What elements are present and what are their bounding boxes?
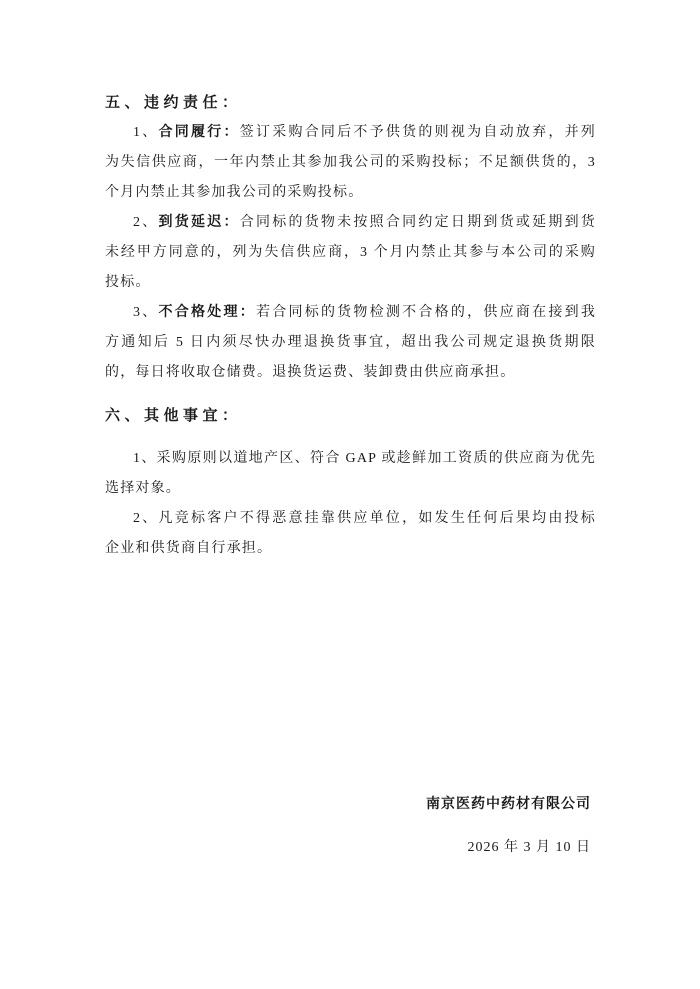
clause-delivery-delay: 2、到货延迟：合同标的货物未按照合同约定日期到货或延期到货 未经甲方同意的，列为… bbox=[105, 208, 596, 298]
clause-line: 为失信供应商，一年内禁止其参加我公司的采购投标；不足额供货的，3 bbox=[105, 148, 596, 178]
clause-number: 2、 bbox=[133, 511, 159, 526]
clause-line: 2、到货延迟：合同标的货物未按照合同约定日期到货或延期到货 bbox=[105, 208, 596, 238]
section-heading-breach-liability: 五、违约责任： bbox=[105, 88, 596, 118]
clause-line: 企业和供货商自行承担。 bbox=[105, 534, 596, 564]
clause-text: 若合同标的货物检测不合格的，供应商在接到我 bbox=[256, 305, 596, 320]
clause-title: 合同履行： bbox=[159, 125, 240, 140]
signature-date: 2026 年 3 月 10 日 bbox=[105, 833, 591, 863]
clause-line: 选择对象。 bbox=[105, 474, 596, 504]
clause-line: 投标。 bbox=[105, 268, 596, 298]
clause-procurement-principle: 1、采购原则以道地产区、符合 GAP 或趁鲜加工资质的供应商为优先 选择对象。 bbox=[105, 444, 596, 504]
clause-number: 1、 bbox=[133, 451, 157, 466]
clause-line: 未经甲方同意的，列为失信供应商，3 个月内禁止其参与本公司的采购 bbox=[105, 238, 596, 268]
clause-line: 1、采购原则以道地产区、符合 GAP 或趁鲜加工资质的供应商为优先 bbox=[105, 444, 596, 474]
clause-number: 2、 bbox=[133, 215, 159, 230]
clause-number: 3、 bbox=[133, 305, 159, 320]
clause-text: 凡竞标客户不得恶意挂靠供应单位，如发生任何后果均由投标 bbox=[159, 511, 597, 526]
clause-line: 的，每日将收取仓储费。退换货运费、装卸费由供应商承担。 bbox=[105, 358, 596, 388]
clause-text: 签订采购合同后不予供货的则视为自动放弃，并列 bbox=[240, 125, 596, 140]
clause-title: 不合格处理： bbox=[159, 305, 256, 320]
company-name: 南京医药中药材有限公司 bbox=[105, 790, 591, 820]
clause-text: 合同标的货物未按照合同约定日期到货或延期到货 bbox=[240, 215, 596, 230]
clause-nonconforming-goods: 3、不合格处理：若合同标的货物检测不合格的，供应商在接到我 方通知后 5 日内须… bbox=[105, 298, 596, 388]
clause-text: 采购原则以道地产区、符合 GAP 或趁鲜加工资质的供应商为优先 bbox=[157, 451, 596, 466]
clause-number: 1、 bbox=[133, 125, 159, 140]
clause-line: 方通知后 5 日内须尽快办理退换货事宜，超出我公司规定退换货期限 bbox=[105, 328, 596, 358]
clause-bidder-affiliation: 2、凡竞标客户不得恶意挂靠供应单位，如发生任何后果均由投标 企业和供货商自行承担… bbox=[105, 504, 596, 564]
clause-line: 3、不合格处理：若合同标的货物检测不合格的，供应商在接到我 bbox=[105, 298, 596, 328]
clause-contract-performance: 1、合同履行：签订采购合同后不予供货的则视为自动放弃，并列 为失信供应商，一年内… bbox=[105, 118, 596, 208]
clause-line: 2、凡竞标客户不得恶意挂靠供应单位，如发生任何后果均由投标 bbox=[105, 504, 596, 534]
clause-line: 1、合同履行：签订采购合同后不予供货的则视为自动放弃，并列 bbox=[105, 118, 596, 148]
document-page: 五、违约责任： 1、合同履行：签订采购合同后不予供货的则视为自动放弃，并列 为失… bbox=[0, 0, 700, 989]
signature-block: 南京医药中药材有限公司 2026 年 3 月 10 日 bbox=[105, 790, 596, 863]
clause-title: 到货延迟： bbox=[159, 215, 240, 230]
clause-line: 个月内禁止其参加我公司的采购投标。 bbox=[105, 178, 596, 208]
section-heading-other-matters: 六、其他事宜： bbox=[105, 401, 596, 431]
